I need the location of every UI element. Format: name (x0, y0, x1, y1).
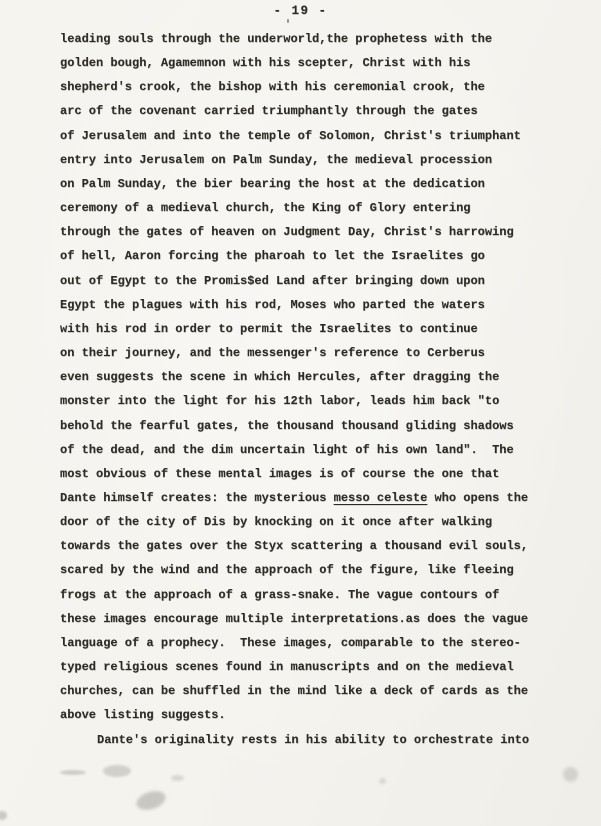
text-line: most obvious of these mental images is o… (60, 462, 583, 486)
text-line: frogs at the approach of a grass-snake. … (60, 583, 583, 607)
page-number: - 19 - (0, 4, 601, 18)
text-line: with his rod in order to permit the Isra… (60, 317, 583, 341)
text-line: even suggests the scene in which Hercule… (60, 365, 583, 389)
line-post: who opens the (427, 491, 528, 505)
text-line: Dante himself creates: the mysterious me… (60, 486, 583, 510)
text-line: golden bough, Agamemnon with his scepter… (60, 51, 583, 75)
text-line: monster into the light for his 12th labo… (60, 389, 583, 413)
text-line: ceremony of a medieval church, the King … (60, 196, 583, 220)
text-line: arc of the covenant carried triumphantly… (60, 99, 583, 123)
text-line: language of a prophecy. These images, co… (60, 631, 583, 655)
text-line: leading souls through the underworld,the… (60, 27, 583, 51)
text-line: of the dead, and the dim uncertain light… (60, 438, 583, 462)
text-line: out of Egypt to the Promis$ed Land after… (60, 269, 583, 293)
text-line: towards the gates over the Styx scatteri… (60, 534, 583, 558)
text-line: scared by the wind and the approach of t… (60, 558, 583, 582)
pencil-smudge (171, 775, 184, 781)
text-line: Dante's originality rests in his ability… (60, 728, 583, 752)
text-line: shepherd's crook, the bishop with his ce… (60, 75, 583, 99)
text-line: typed religious scenes found in manuscri… (60, 655, 583, 679)
pencil-smudge (134, 788, 168, 813)
text-line: behold the fearful gates, the thousand t… (60, 414, 583, 438)
text-line: Egypt the plagues with his rod, Moses wh… (60, 293, 583, 317)
text-line: through the gates of heaven on Judgment … (60, 220, 583, 244)
text-line: door of the city of Dis by knocking on i… (60, 510, 583, 534)
pencil-smudge (60, 770, 86, 775)
text-line: these images encourage multiple interpre… (60, 607, 583, 631)
pencil-smudge (379, 778, 386, 784)
text-line: above listing suggests. (60, 703, 583, 727)
text-line: of hell, Aaron forcing the pharoah to le… (60, 244, 583, 268)
ink-speck (287, 19, 289, 23)
text-line: churches, can be shuffled in the mind li… (60, 679, 583, 703)
text-line: on Palm Sunday, the bier bearing the hos… (60, 172, 583, 196)
pencil-smudge (563, 767, 578, 782)
scanned-document-page: - 19 - leading souls through the underwo… (0, 0, 601, 826)
pencil-smudge (103, 765, 131, 777)
line-pre: Dante himself creates: the mysterious (60, 491, 334, 505)
pencil-smudge (0, 811, 7, 820)
text-line: on their journey, and the messenger's re… (60, 341, 583, 365)
underlined-phrase: messo celeste (334, 491, 428, 505)
text-line: of Jerusalem and into the temple of Solo… (60, 124, 583, 148)
text-block: leading souls through the underworld,the… (60, 27, 583, 752)
text-line: entry into Jerusalem on Palm Sunday, the… (60, 148, 583, 172)
